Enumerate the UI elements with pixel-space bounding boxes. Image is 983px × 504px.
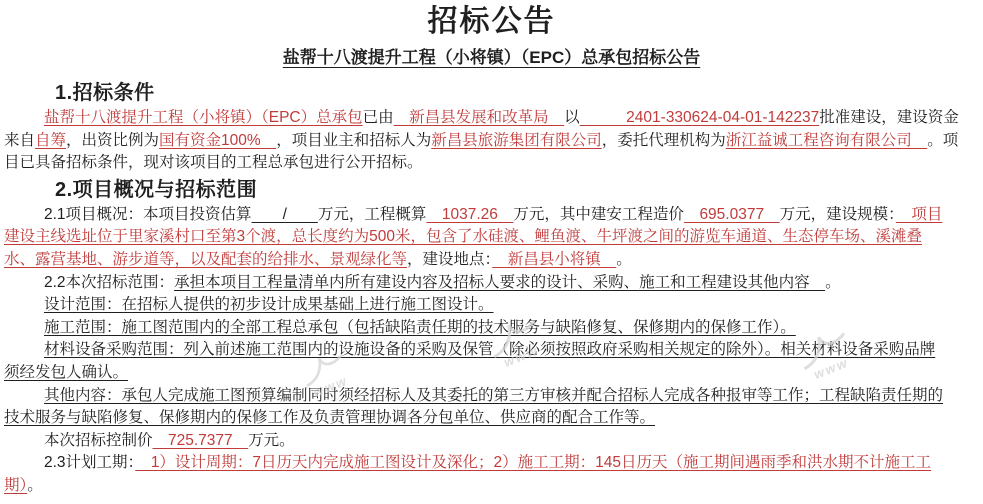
text-segment: 项目	[896, 206, 943, 223]
text-line: 设计范围：在招标人提供的初步设计成果基础上进行施工图设计。	[0, 294, 983, 317]
text-segment: 2401-330624-04-01-142237	[580, 109, 820, 126]
text-segment: 材料设备采购范围：列入前述施工范围内的设施设备的采购及保管（除必须按照政府采购相…	[44, 341, 935, 358]
text-line: 本次招标控制价 725.7377 万元。	[0, 430, 983, 453]
text-segment: 2.1项目概况：本项目投资估算	[44, 206, 252, 223]
text-segment: 盐帮十八渡提升工程（小将镇）（EPC）总承包	[44, 109, 363, 126]
text-segment: 695.0377	[684, 206, 780, 223]
text-line: 建设主线选址位于里家溪村口至第3个渡，总长度约为500米，包含了水硅渡、鲤鱼渡、…	[0, 226, 983, 249]
text-segment: /	[252, 206, 318, 223]
text-segment: 万元，建设规模：	[780, 206, 896, 223]
text-segment: 期）	[4, 477, 27, 494]
text-segment: 新昌县旅游集团有限公司	[431, 132, 602, 149]
text-segment: 本次招标控制价	[44, 432, 153, 449]
text-segment: 目已具备招标条件，现对该项目的工程总承包进行公开招标。	[4, 154, 423, 171]
text-segment: 1）设计周期：7日历天内完成施工图设计及深化；2）施工工期：145日历天（施工期…	[135, 454, 931, 471]
text-line: 2.3计划工期： 1）设计周期：7日历天内完成施工图设计及深化；2）施工工期：1…	[0, 452, 983, 475]
text-segment: 来自	[4, 132, 35, 149]
text-line: 须经发包人确认。	[0, 362, 983, 385]
text-segment: ，项目业主和招标人为	[276, 132, 431, 149]
text-segment: 自筹	[35, 132, 66, 149]
text-segment: 设计范围：在招标人提供的初步设计成果基础上进行施工图设计。	[44, 296, 494, 313]
text-line: 期）。	[0, 475, 983, 498]
text-segment: ，出资比例为	[66, 132, 159, 149]
text-segment: 2.2本次招标范围：	[44, 274, 174, 291]
text-segment: 承担本项目工程量清单内所有建设内容及招标人要求的设计、采购、施工和工程建设其他内…	[174, 274, 825, 291]
text-segment: 须经发包人确认。	[4, 364, 128, 381]
text-line: 水、露营基地、游步道等，以及配套的给排水、景观绿化等，建设地点： 新昌县小将镇 …	[0, 249, 983, 272]
text-segment: 万元，其中建安工程造价	[513, 206, 684, 223]
text-segment: 其他内容：承包人完成施工图预算编制同时须经招标人及其委托的第三方审核并配合招标人…	[44, 387, 943, 404]
document-title: 招标公告	[0, 4, 983, 40]
text-segment: 浙江益诚工程咨询有限公司	[726, 132, 928, 149]
text-line: 材料设备采购范围：列入前述施工范围内的设施设备的采购及保管（除必须按照政府采购相…	[0, 339, 983, 362]
text-segment: 。	[616, 251, 632, 268]
section-heading-tender-conditions: 1.招标条件	[0, 81, 983, 105]
text-segment: 万元，工程概算	[318, 206, 427, 223]
text-line: 施工范围：施工图范围内的全部工程总承包（包括缺陷责任期的技术服务与缺陷修复、保修…	[0, 317, 983, 340]
text-line: 技术服务与缺陷修复、保修期内的保修工作及负责管理协调各分包单位、供应商的配合工作…	[0, 407, 983, 430]
text-line: 2.2本次招标范围：承担本项目工程量清单内所有建设内容及招标人要求的设计、采购、…	[0, 272, 983, 295]
text-segment: 水、露营基地、游步道等，以及配套的给排水、景观绿化等	[4, 251, 407, 268]
text-segment: 技术服务与缺陷修复、保修期内的保修工作及负责管理协调各分包单位、供应商的配合工作…	[4, 409, 655, 426]
text-segment: 国有资金100%	[159, 132, 276, 149]
text-segment: 以	[564, 109, 580, 126]
text-segment: 。项	[927, 132, 958, 149]
text-segment: ，建设地点：	[407, 251, 492, 268]
text-line: 盐帮十八渡提升工程（小将镇）（EPC）总承包已由 新昌县发展和改革局 以 240…	[0, 107, 983, 130]
tender-announcement-document: www www www 招标公告 盐帮十八渡提升工程（小将镇）（EPC）总承包招…	[0, 0, 983, 504]
text-segment: 建设主线选址位于里家溪村口至第3个渡，总长度约为500米，包含了水硅渡、鲤鱼渡、…	[4, 228, 922, 245]
text-segment: 新昌县发展和改革局	[394, 109, 565, 126]
text-segment: 。	[27, 477, 43, 494]
text-segment: 。	[825, 274, 841, 291]
text-segment: 施工范围：施工图范围内的全部工程总承包（包括缺陷责任期的技术服务与缺陷修复、保修…	[44, 319, 796, 336]
document-subtitle: 盐帮十八渡提升工程（小将镇）（EPC）总承包招标公告	[0, 46, 983, 70]
text-line: 2.1项目概况：本项目投资估算 / 万元，工程概算 1037.26 万元，其中建…	[0, 204, 983, 227]
text-line: 其他内容：承包人完成施工图预算编制同时须经招标人及其委托的第三方审核并配合招标人…	[0, 385, 983, 408]
section-project-overview-body: 2.1项目概况：本项目投资估算 / 万元，工程概算 1037.26 万元，其中建…	[0, 204, 983, 498]
text-line: 目已具备招标条件，现对该项目的工程总承包进行公开招标。	[0, 152, 983, 175]
text-segment: 新昌县小将镇	[492, 251, 616, 268]
text-segment: 1037.26	[426, 206, 513, 223]
section-heading-project-overview: 2.项目概况与招标范围	[0, 178, 983, 202]
text-segment: 2.3计划工期：	[44, 454, 135, 471]
text-segment: 批准建设，建设资金	[819, 109, 959, 126]
text-segment: 万元。	[248, 432, 295, 449]
text-segment: 725.7377	[153, 432, 249, 449]
text-segment: 已由	[363, 109, 394, 126]
section-tender-conditions-body: 盐帮十八渡提升工程（小将镇）（EPC）总承包已由 新昌县发展和改革局 以 240…	[0, 107, 983, 175]
text-segment: ，委托代理机构为	[602, 132, 726, 149]
text-line: 来自自筹，出资比例为国有资金100% ，项目业主和招标人为新昌县旅游集团有限公司…	[0, 130, 983, 153]
